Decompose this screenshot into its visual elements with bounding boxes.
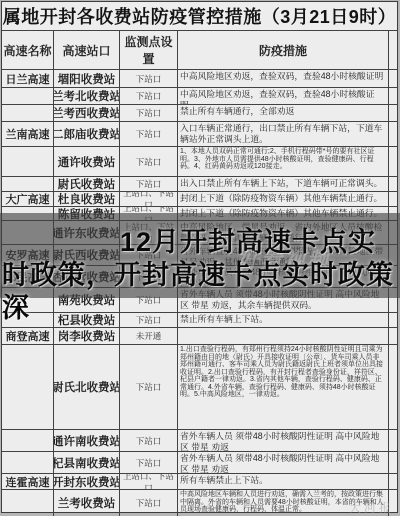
highway-cell: 日兰高速 bbox=[2, 70, 54, 88]
extra-cell bbox=[389, 474, 397, 490]
table-row: 尉氏收费站下站口出入口禁止所有车辆上下站，下道车辆可正常调头。 bbox=[2, 177, 397, 192]
header-highway-name: 高速名称 bbox=[2, 31, 54, 70]
measure-cell: 省外车辆人员 须带48小时核酸阴性证明 高中风险地区 带星 劝返 bbox=[178, 452, 389, 474]
overlay-caption-text: 12月开封高速卡点实时政策，开封高速卡点实时政策深 bbox=[2, 226, 398, 325]
monitor-cell: 下站口 bbox=[120, 452, 178, 474]
measure-cell: 封闭上下道（除防疫物资车辆）其他车辆禁止通行。 bbox=[178, 192, 389, 207]
station-cell: 通许南收费站 bbox=[54, 430, 120, 452]
station-cell: 堌阳收费站 bbox=[54, 70, 120, 88]
station-cell: 尉氏北收费站 bbox=[54, 345, 120, 430]
table-row: 商登高速岗李收费站未开通 bbox=[2, 328, 397, 345]
header-measures: 防疫措施 bbox=[178, 31, 389, 70]
measure-cell: 所有车辆禁止上下站。 bbox=[178, 474, 389, 490]
highway-cell: 商登高速 bbox=[2, 328, 54, 345]
monitor-cell: 未开通 bbox=[120, 328, 178, 345]
monitor-cell: 下站口 bbox=[120, 430, 178, 452]
station-cell: 杜良收费站 bbox=[54, 192, 120, 207]
measure-cell: 1.出口查验行程码，有郑州行程须持24小时核酸阴性证明且司乘为郑州籍由目的地（尉… bbox=[178, 345, 389, 430]
extra-cell bbox=[389, 452, 397, 474]
measure-cell bbox=[178, 328, 389, 345]
highway-cell bbox=[2, 147, 54, 177]
table-row: 连霍高速开封东收费站上站口、下站口所有车辆禁止上下站。 bbox=[2, 474, 397, 490]
monitor-cell: 下站口 bbox=[120, 490, 178, 516]
highway-cell bbox=[2, 88, 54, 105]
monitor-cell: 下站口 bbox=[120, 122, 178, 147]
extra-cell bbox=[389, 177, 397, 192]
station-cell: 岗李收费站 bbox=[54, 328, 120, 345]
extra-cell bbox=[389, 345, 397, 430]
highway-cell bbox=[2, 430, 54, 452]
station-cell: 二郎庙收费站 bbox=[54, 122, 120, 147]
highway-cell: 连霍高速 bbox=[2, 474, 54, 490]
measure-cell: 出入口禁止所有车辆上下站，下道车辆可正常调头。 bbox=[178, 177, 389, 192]
highway-cell bbox=[2, 105, 54, 122]
header-extra bbox=[389, 31, 397, 70]
station-cell: 兰考收费站 bbox=[54, 490, 120, 516]
table-row: 大广高速杜良收费站上站口、下站口封闭上下道（除防疫物资车辆）其他车辆禁止通行。 bbox=[2, 192, 397, 207]
station-cell: 尉氏收费站 bbox=[54, 177, 120, 192]
header-monitor-point: 监测点设置 bbox=[120, 31, 178, 70]
monitor-cell: 下站口 bbox=[120, 105, 178, 122]
highway-cell: 兰南高速 bbox=[2, 122, 54, 147]
table-row: 兰考西收费站下站口禁止所有车辆通行，全部劝返 bbox=[2, 105, 397, 122]
table-row: 兰考北收费站下站口中高风险地区劝返，查验双码，查验48小时核酸证明。 bbox=[2, 88, 397, 105]
extra-cell bbox=[389, 88, 397, 105]
station-cell: 开封东收费站 bbox=[54, 474, 120, 490]
station-cell: 通许收费站 bbox=[54, 147, 120, 177]
highway-cell bbox=[2, 490, 54, 516]
table-row: 兰南高速二郎庙收费站下站口入口车辆正常通行，出口禁止所有车辆下站，下道车辆站外正… bbox=[2, 122, 397, 147]
bottom-right-watermark: 大河报 bbox=[349, 499, 394, 516]
extra-cell bbox=[389, 147, 397, 177]
monitor-cell: 下站口 bbox=[120, 177, 178, 192]
table-title-row: 属地开封各收费站防疫管控措施（3月21日9时） bbox=[2, 2, 397, 31]
screenshot-background: 属地开封各收费站防疫管控措施（3月21日9时） 高速名称 高速站口 监测点设置 … bbox=[0, 0, 400, 516]
extra-cell bbox=[389, 328, 397, 345]
monitor-cell: 下站口 bbox=[120, 147, 178, 177]
header-station: 高速站口 bbox=[54, 31, 120, 70]
extra-cell bbox=[389, 70, 397, 88]
highway-cell bbox=[2, 345, 54, 430]
monitor-cell: 下站口 bbox=[120, 88, 178, 105]
measure-cell: 1、本地人员双码正常可通行;2、手机行程码带*号的要有社区证明。3、外地市人员需… bbox=[178, 147, 389, 177]
extra-cell bbox=[389, 430, 397, 452]
page-title: 属地开封各收费站防疫管控措施（3月21日9时） bbox=[3, 3, 397, 29]
monitor-cell: 上站口、下站口 bbox=[120, 474, 178, 490]
station-cell: 兰考北收费站 bbox=[54, 88, 120, 105]
extra-cell bbox=[389, 122, 397, 147]
measure-cell: 入口车辆正常通行，出口禁止所有车辆下站，下道车辆站外正常调头上道。 bbox=[178, 122, 389, 147]
monitor-cell: 下站口 bbox=[120, 345, 178, 430]
station-cell: 杞县南收费站 bbox=[54, 452, 120, 474]
table-row: 通许收费站下站口1、本地人员双码正常可通行;2、手机行程码带*号的要有社区证明。… bbox=[2, 147, 397, 177]
table-row: 尉氏北收费站下站口1.出口查验行程码，有郑州行程须持24小时核酸阴性证明且司乘为… bbox=[2, 345, 397, 430]
measure-cell: 中高风险地区劝返，查验双码，查验48小时核酸证明 bbox=[178, 70, 389, 88]
table-row: 通许南收费站下站口省外车辆人员 须带48小时核酸阴性证明 高中风险地区 带星 劝… bbox=[2, 430, 397, 452]
highway-cell: 大广高速 bbox=[2, 192, 54, 207]
table-row: 兰考收费站下站口中高风险地区车辆和人员进行劝返，确需入兰考的，按政策进行集中隔离… bbox=[2, 490, 397, 516]
extra-cell bbox=[389, 192, 397, 207]
table-row: 日兰高速堌阳收费站下站口中高风险地区劝返，查验双码，查验48小时核酸证明 bbox=[2, 70, 397, 88]
highway-cell bbox=[2, 452, 54, 474]
highway-cell bbox=[2, 177, 54, 192]
measure-cell: 中高风险地区劝返，查验双码，查验48小时核酸证明。 bbox=[178, 88, 389, 105]
table-row: 杞县南收费站下站口省外车辆人员 须带48小时核酸阴性证明 高中风险地区 带星 劝… bbox=[2, 452, 397, 474]
table-header-row: 高速名称 高速站口 监测点设置 防疫措施 bbox=[2, 31, 397, 70]
measure-cell: 省外车辆人员 须带48小时核酸阴性证明 高中风险地区 带星 劝返 bbox=[178, 430, 389, 452]
monitor-cell: 下站口 bbox=[120, 70, 178, 88]
monitor-cell: 上站口、下站口 bbox=[120, 192, 178, 207]
extra-cell bbox=[389, 105, 397, 122]
station-cell: 兰考西收费站 bbox=[54, 105, 120, 122]
measure-cell: 禁止所有车辆通行，全部劝返 bbox=[178, 105, 389, 122]
